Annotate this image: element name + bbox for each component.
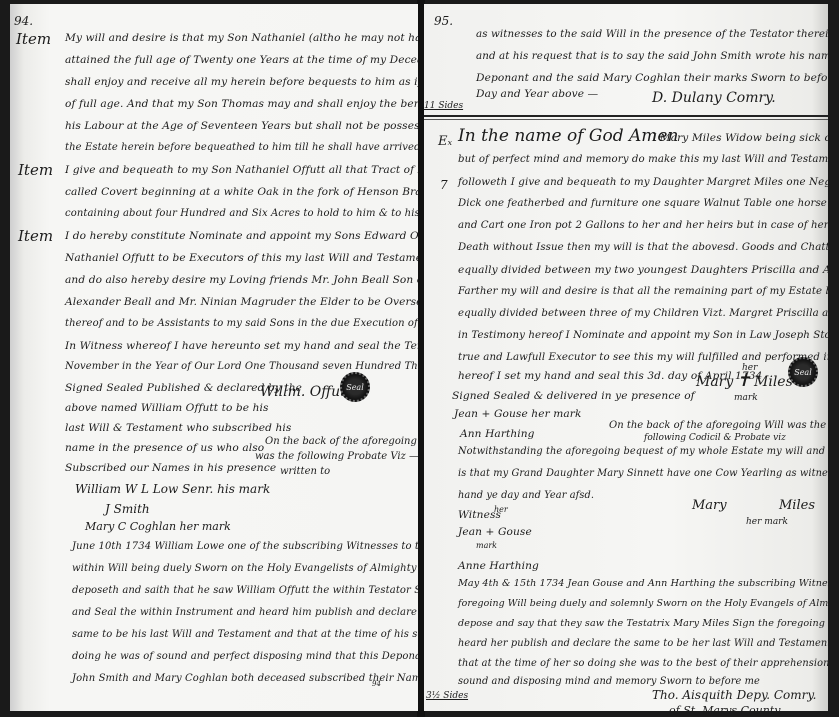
left-page: 94. Item My will and desire is that my S… [10,4,418,711]
text-line: thereof and to be Assistants to my said … [65,318,418,330]
text-line: and do also hereby desire my Loving frie… [65,274,418,286]
text-line: followeth I give and bequeath to my Daug… [458,176,828,188]
attestation-line: Subscribed our Names in his presence [65,462,276,474]
text-line: I do hereby constitute Nominate and appo… [65,230,418,242]
probate-line: John Smith and Mary Coghlan both decease… [72,673,418,685]
text-line: and at his request that is to say the sa… [476,50,828,62]
back-note-line: written to [280,466,330,478]
probate-line: deposeth and saith that he saw William O… [72,585,418,597]
attestation-line: name in the presence of us who also [65,442,264,454]
text-line: I Mary Miles Widow being sick of body [652,132,828,144]
mark-label: mark [476,540,497,552]
back-note-line: On the back of the aforegoing Will [265,436,418,448]
page-number: 94. [14,14,33,28]
cross-mark-icon: ✝ [736,370,751,391]
item-margin-label: Item [16,30,51,48]
codicil-note-line: On the back of the aforegoing Will was t… [609,420,828,432]
attestation-line: last Will & Testament who subscribed his [65,422,291,434]
mark-label: mark [734,392,758,404]
her-label: her [494,504,508,516]
witness-signature: Mary C Coghlan her mark [85,520,231,533]
probate-line: foregoing Will being duely and solemnly … [458,598,828,610]
section-divider [424,115,828,117]
witness-name: Jean + Gouse [458,526,532,538]
text-line: and Cart one Iron pot 2 Gallons to her a… [458,220,828,232]
witness-name: Ann Harthing [460,428,535,440]
witness-signature: J Smith [105,502,150,516]
right-page: 95. as witnesses to the said Will in the… [424,4,828,711]
testatrix-last-name: Miles [754,374,793,390]
codicil-line: Notwithstanding the aforegoing bequest o… [458,446,828,458]
text-line: shall enjoy and receive all my herein be… [65,76,418,88]
item-margin-label: Item [18,161,53,179]
attestation-line: above named William Offutt to be his [65,402,269,414]
will-heading: In the name of God Amen [458,126,678,146]
codicil-line: is that my Grand Daughter Mary Sinnett h… [458,468,828,480]
probate-line: and Seal the within Instrument and heard… [72,607,418,619]
witness-signature: William W L Low Senr. his mark [75,482,270,496]
text-line: true and Lawfull Executor to see this my… [458,352,828,364]
text-line: in Testimony hereof I Nominate and appoi… [458,330,828,342]
section-divider [424,119,828,120]
codicil-mark-label: her mark [746,516,788,528]
codicil-signature-last: Miles [779,498,815,513]
text-line: his Labour at the Age of Seventeen Years… [65,120,418,132]
codicil-line: hand ye day and Year afsd. [458,490,594,502]
probate-line: heard her publish and declare the same t… [458,638,828,650]
text-line: Farther my will and desire is that all t… [458,286,828,298]
testator-signature: Willm. Offutt [260,384,351,400]
wax-seal-icon: Seal [340,372,370,402]
probate-line: that at the time of her so doing she was… [458,658,828,670]
codicil-signature-first: Mary [692,498,727,513]
text-line: Death without Issue then my will is that… [458,242,828,254]
text-line: as witnesses to the said Will in the pre… [476,28,828,40]
will-margin-mark: 7 [440,178,448,192]
text-line: Dick one featherbed and furniture one sq… [458,198,828,210]
probate-line: same to be his last Will and Testament a… [72,629,418,641]
deputy-signature: Tho. Aisquith Depy. Comry. [652,688,816,702]
witness-name: Anne Harthing [458,560,539,572]
probate-line: within Will being duely Sworn on the Hol… [72,563,418,575]
text-line: In Witness whereof I have hereunto set m… [65,340,418,352]
text-line: I give and bequeath to my Son Nathaniel … [65,164,418,176]
text-line: Alexander Beall and Mr. Ninian Magruder … [65,296,418,308]
codicil-note-line: following Codicil & Probate viz [644,432,786,444]
sides-note: 3½ Sides [426,690,468,702]
text-line: of full age. And that my Son Thomas may … [65,98,418,110]
page-number: 95. [434,14,453,28]
item-margin-label: Item [18,227,53,245]
probate-line: doing he was of sound and perfect dispos… [72,651,418,663]
text-line: the Estate herein before bequeathed to h… [65,142,418,154]
probate-line: June 10th 1734 William Lowe one of the s… [72,541,418,553]
wax-seal-icon: Seal [788,357,818,387]
witness-name: Jean + Gouse her mark [454,408,581,420]
text-line: My will and desire is that my Son Nathan… [65,32,418,44]
deputy-county: of St. Marys County [669,704,780,711]
sides-note: 11 Sides [424,100,463,112]
text-line: called Covert beginning at a white Oak i… [65,186,418,198]
testatrix-first-name: Mary [696,374,733,390]
text-line: attained the full age of Twenty one Year… [65,54,418,66]
witness-intro: Signed Sealed & delivered in ye presence… [452,390,695,402]
text-line: Day and Year above — [476,88,598,100]
text-line: Nathaniel Offutt to be Executors of this… [65,252,418,264]
text-line: Deponant and the said Mary Coghlan their… [476,72,828,84]
probate-line: depose and say that they saw the Testatr… [458,618,828,630]
will-margin-mark: Eₓ [438,134,452,149]
text-line: November in the Year of Our Lord One Tho… [65,361,418,373]
probate-line: May 4th & 15th 1734 Jean Gouse and Ann H… [458,578,828,590]
text-line: equally divided between three of my Chil… [458,308,828,320]
back-note-line: was the following Probate Viz — [255,451,418,463]
probate-line: sound and disposing mind and memory Swor… [458,676,760,688]
text-line: containing about four Hundred and Six Ac… [65,208,418,220]
text-line: but of perfect mind and memory do make t… [458,154,828,166]
text-line: equally divided between my two youngest … [458,264,828,276]
footer-mark: 94 [372,678,381,690]
register-signature: D. Dulany Comry. [652,90,776,106]
